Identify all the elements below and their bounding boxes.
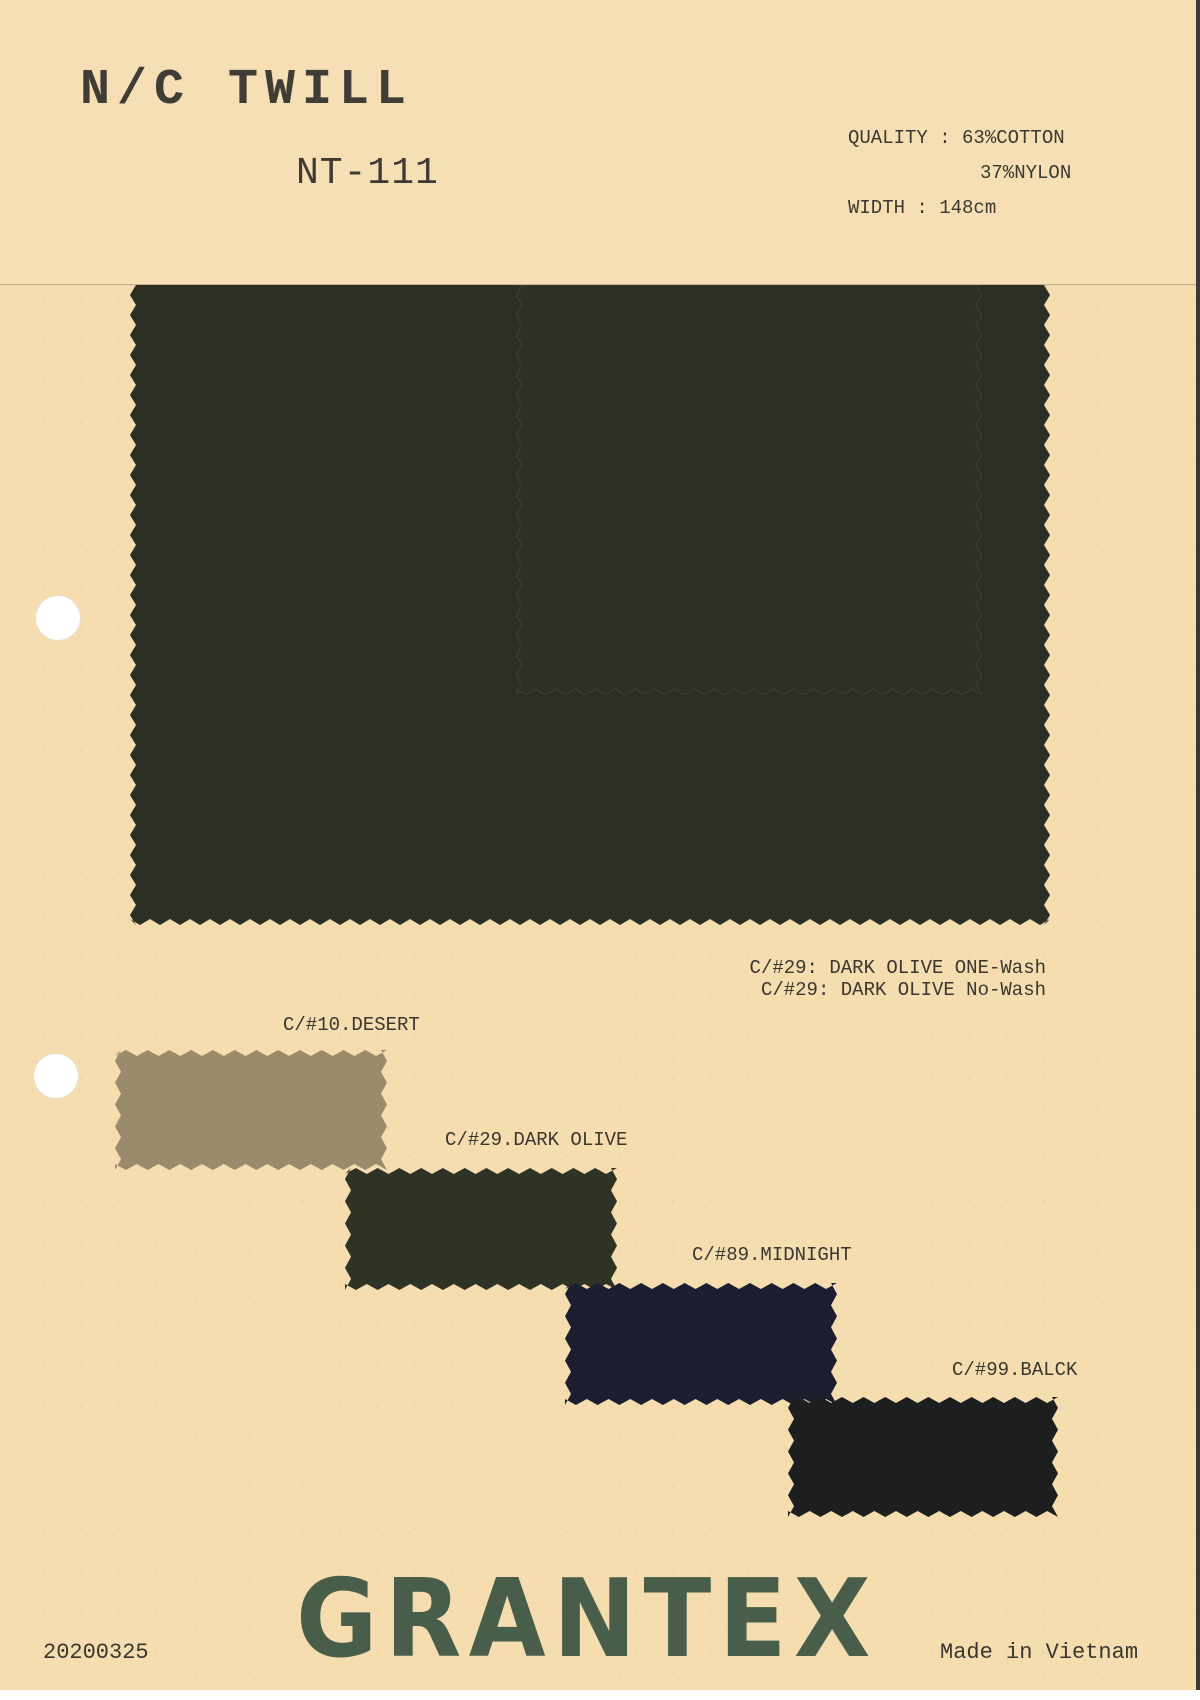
fabric-swatch-card: N/C TWILL NT-111 QUALITY : 63%COTTON 37%… [0, 0, 1200, 1690]
colorway-swatch-black [788, 1397, 1058, 1517]
colorway-swatch-midnight [565, 1283, 837, 1405]
binder-hole-top [35, 595, 81, 641]
main-swatch-caption-2: C/#29: DARK OLIVE No-Wash [761, 979, 1046, 1001]
article-code: NT-111 [296, 152, 439, 195]
brand-logo: GRANTEX [296, 1566, 878, 1674]
binder-hole-bottom [33, 1053, 79, 1099]
inner-swatch-shape [516, 285, 982, 695]
scan-margin [0, 1690, 1200, 1700]
colorway-label-midnight: C/#89.MIDNIGHT [692, 1244, 852, 1266]
origin-label: Made in Vietnam [940, 1640, 1138, 1665]
colorway-swatch-dark-olive [345, 1168, 617, 1290]
date-code: 20200325 [43, 1640, 149, 1665]
quality-spec-line2: 37%NYLON [980, 162, 1071, 184]
main-swatch-caption-1: C/#29: DARK OLIVE ONE-Wash [750, 957, 1046, 979]
inner-fabric-swatch [516, 285, 982, 695]
colorway-swatch-desert [115, 1050, 387, 1170]
width-spec: WIDTH : 148cm [848, 197, 996, 219]
colorway-label-desert: C/#10.DESERT [283, 1014, 420, 1036]
fabric-name-title: N/C TWILL [80, 62, 413, 119]
colorway-label-dark-olive: C/#29.DARK OLIVE [445, 1129, 627, 1151]
colorway-label-black: C/#99.BALCK [952, 1359, 1077, 1381]
quality-spec: QUALITY : 63%COTTON [848, 127, 1065, 149]
